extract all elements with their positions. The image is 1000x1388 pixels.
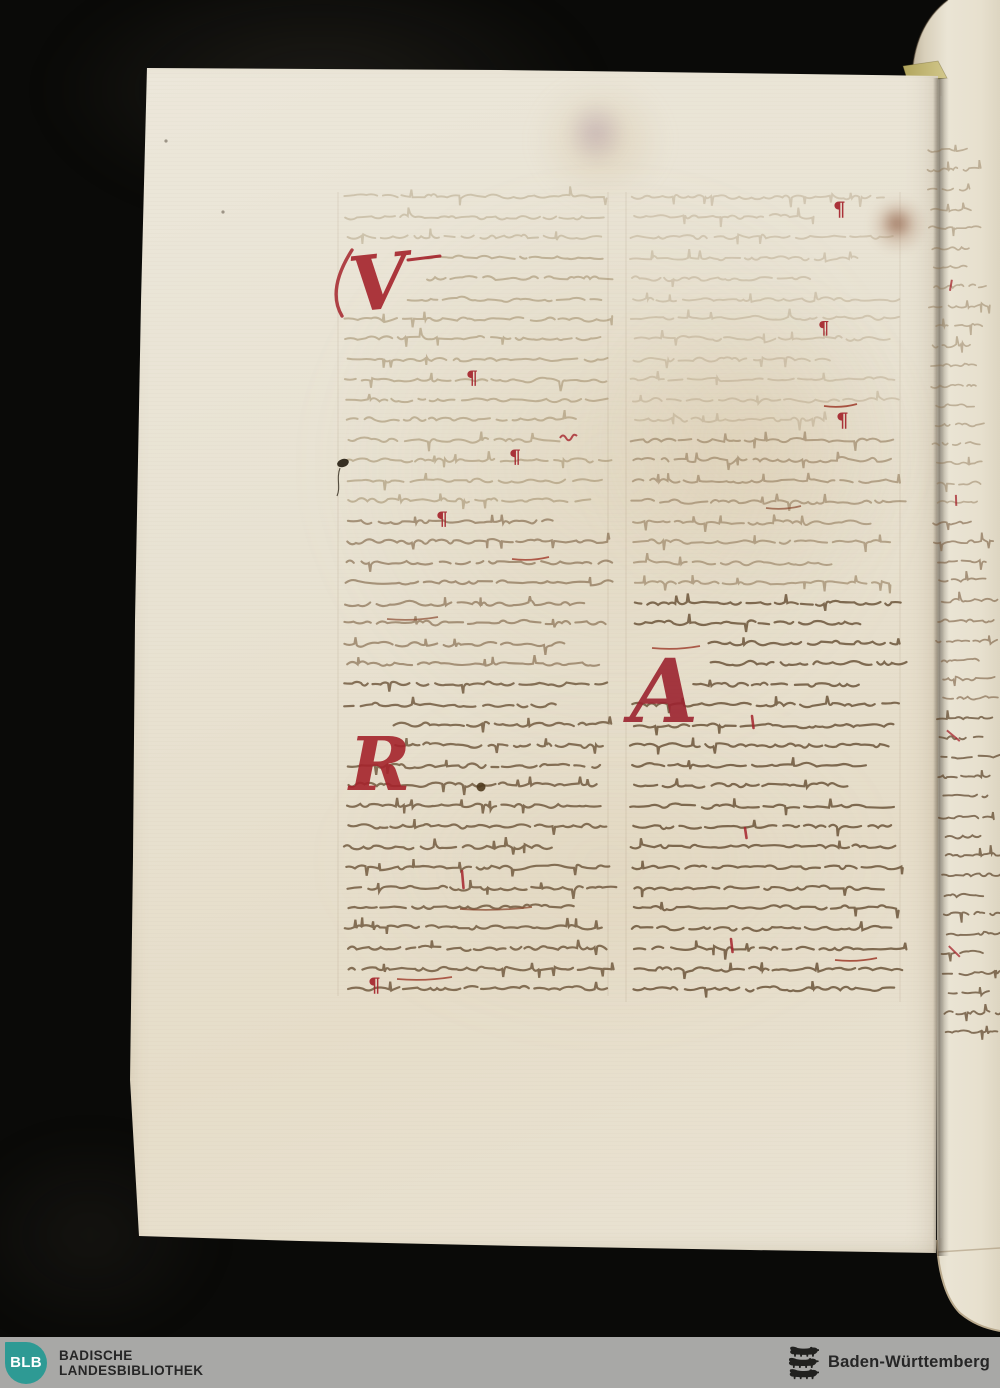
baden-wuerttemberg-lions-icon — [787, 1342, 819, 1384]
digitized-manuscript-photo: V¶¶¶R¶¶¶¶A BLB BADISCHE LANDESBIBLIOTHEK… — [0, 0, 1000, 1388]
page-edge-shading — [128, 62, 942, 1258]
blb-logo: BLB — [5, 1342, 47, 1384]
gutter-shadow — [933, 78, 949, 1256]
library-name-line1: BADISCHE — [59, 1348, 203, 1363]
library-name: BADISCHE LANDESBIBLIOTHEK — [59, 1348, 203, 1378]
state-branding: Baden-Württemberg — [787, 1342, 990, 1384]
library-branding: BLB BADISCHE LANDESBIBLIOTHEK — [5, 1342, 203, 1384]
library-name-line2: LANDESBIBLIOTHEK — [59, 1363, 203, 1378]
manuscript-page — [128, 62, 942, 1258]
state-label: Baden-Württemberg — [828, 1353, 990, 1372]
library-footer-bar: BLB BADISCHE LANDESBIBLIOTHEK Baden-Würt… — [0, 1337, 1000, 1388]
